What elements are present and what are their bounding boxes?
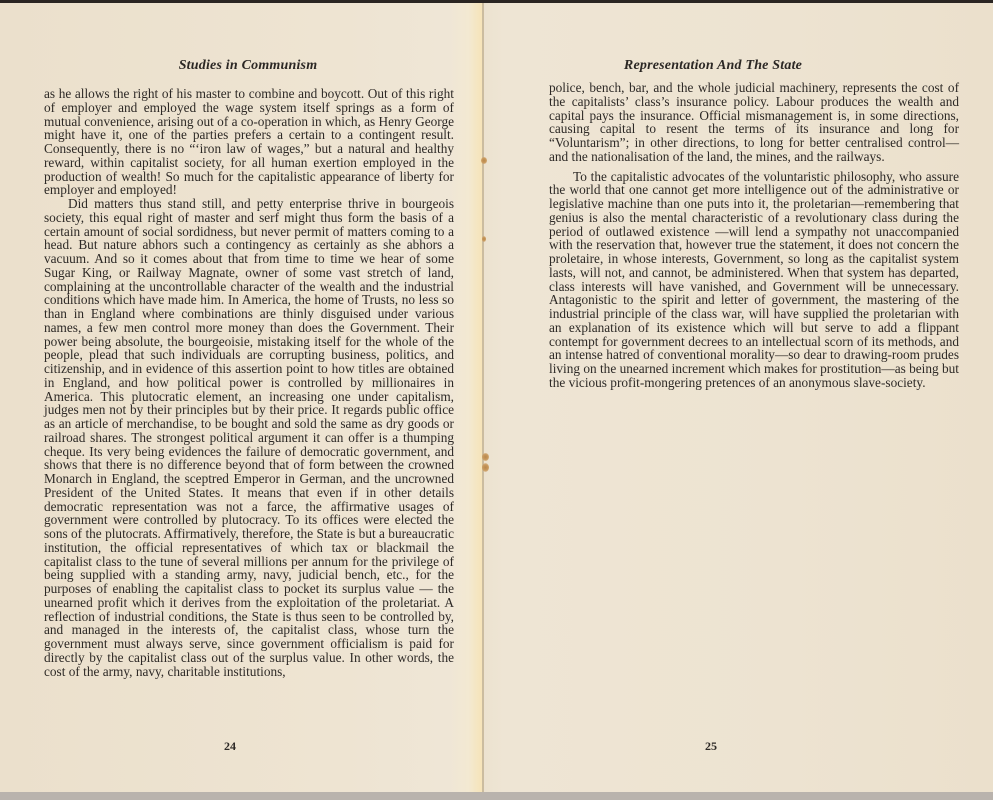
foxing-stain bbox=[481, 157, 487, 164]
page-number-left: 24 bbox=[224, 739, 236, 754]
foxing-stain bbox=[482, 463, 489, 472]
paragraph: as he allows the right of his master to … bbox=[44, 87, 454, 197]
paragraph: police, bench, bar, and the whole judici… bbox=[549, 81, 959, 164]
running-head-right: Representation And The State bbox=[503, 58, 923, 74]
page-number-right: 25 bbox=[705, 739, 717, 754]
running-head-left: Studies in Communism bbox=[38, 58, 458, 74]
left-page-body: as he allows the right of his master to … bbox=[44, 87, 454, 678]
paragraph: To the capitalistic advocates of the vol… bbox=[549, 170, 959, 390]
foxing-stain bbox=[482, 453, 489, 461]
left-page: Studies in Communism as he allows the ri… bbox=[0, 3, 483, 793]
book-spread: Studies in Communism as he allows the ri… bbox=[0, 3, 993, 793]
right-page-body: police, bench, bar, and the whole judici… bbox=[549, 81, 959, 390]
paragraph: Did matters thus stand still, and petty … bbox=[44, 197, 454, 678]
book-gutter bbox=[482, 3, 484, 793]
page-bottom-edge bbox=[0, 792, 993, 800]
foxing-stain bbox=[482, 236, 486, 242]
right-page: Representation And The State police, ben… bbox=[483, 3, 993, 793]
